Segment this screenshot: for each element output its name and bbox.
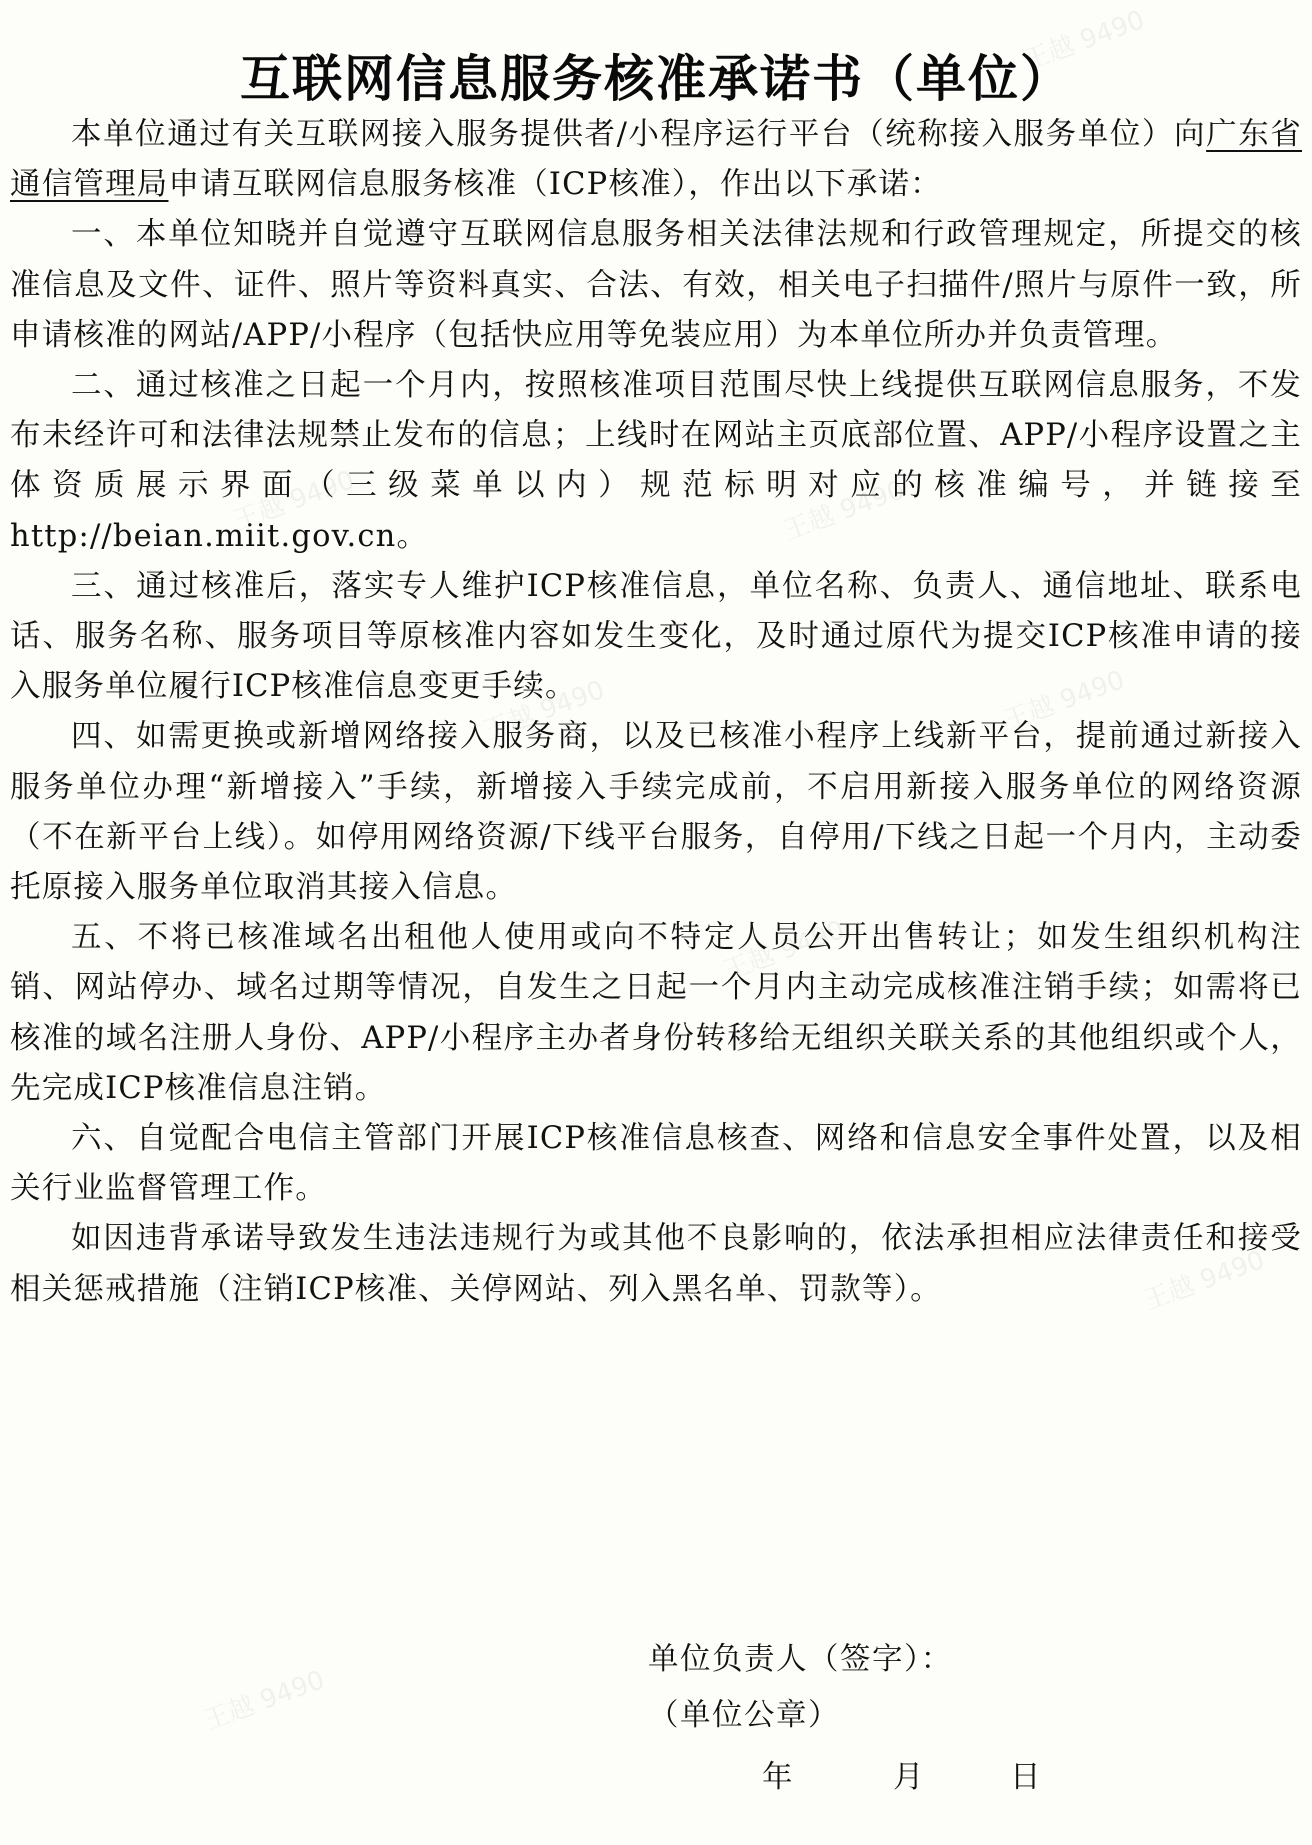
intro-paragraph: 本单位通过有关互联网接入服务提供者/小程序运行平台（统称接入服务单位）向广东省通… — [10, 110, 1302, 210]
date-year-label: 年 — [762, 1758, 793, 1798]
date-day-label: 日 — [1010, 1758, 1041, 1798]
intro-text-start: 本单位通过有关互联网接入服务提供者/小程序运行平台（统称接入服务单位）向 — [71, 117, 1206, 152]
unit-seal-label: （单位公章） — [648, 1688, 953, 1744]
liability-paragraph: 如因违背承诺导致发生违法违规行为或其他不良影响的，依法承担相应法律责任和接受相关… — [10, 1214, 1302, 1314]
responsible-person-signature-label: 单位负责人（签字）： — [648, 1632, 953, 1688]
signature-block: 单位负责人（签字）： （单位公章） — [648, 1632, 953, 1744]
commitment-paragraph-1: 一、本单位知晓并自觉遵守互联网信息服务相关法律法规和行政管理规定，所提交的核准信… — [10, 210, 1302, 361]
commitment-paragraph-3: 三、通过核准后，落实专人维护ICP核准信息，单位名称、负责人、通信地址、联系电话… — [10, 562, 1302, 713]
date-month-label: 月 — [893, 1758, 924, 1798]
commitment-paragraph-2: 二、通过核准之日起一个月内，按照核准项目范围尽快上线提供互联网信息服务，不发布未… — [10, 361, 1302, 562]
commitment-paragraph-4: 四、如需更换或新增网络接入服务商，以及已核准小程序上线新平台，提前通过新接入服务… — [10, 712, 1302, 913]
document-title: 互联网信息服务核准承诺书（单位） — [0, 44, 1312, 114]
intro-text-end: 申请互联网信息服务核准（ICP核准），作出以下承诺： — [169, 167, 942, 202]
commitment-paragraph-5: 五、不将已核准域名出租他人使用或向不特定人员公开出售转让；如发生组织机构注销、网… — [10, 913, 1302, 1114]
document-body: 本单位通过有关互联网接入服务提供者/小程序运行平台（统称接入服务单位）向广东省通… — [10, 110, 1302, 1315]
commitment-paragraph-6: 六、自觉配合电信主管部门开展ICP核准信息核查、网络和信息安全事件处置，以及相关… — [10, 1114, 1302, 1214]
watermark: 王越 9490 — [197, 1659, 328, 1737]
